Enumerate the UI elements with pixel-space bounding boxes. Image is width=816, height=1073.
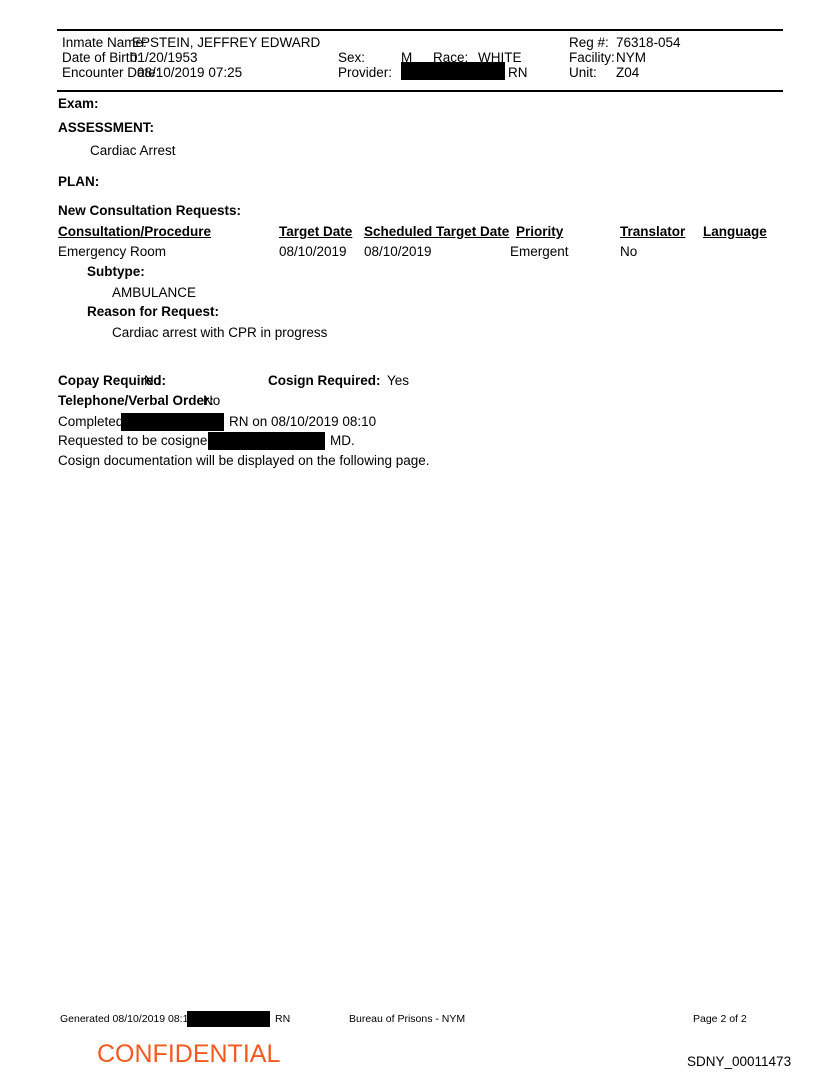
completed-by-suffix: RN on 08/10/2019 08:10 [229,414,376,429]
confidential-stamp: CONFIDENTIAL [97,1040,280,1069]
target-date-cell: 08/10/2019 [279,244,347,259]
requested-cosign-suffix: MD. [330,433,355,448]
col-header-scheduled-date: Scheduled Target Date [364,224,509,239]
page-number: Page 2 of 2 [693,1013,747,1025]
bates-number: SDNY_00011473 [687,1054,791,1069]
subtype-label: Subtype: [87,264,145,279]
copay-value: No [144,373,161,388]
plan-label: PLAN: [58,174,99,189]
cosign-label: Cosign Required: [268,373,381,388]
sex-label: Sex: [338,50,365,65]
procedure-cell: Emergency Room [58,244,166,259]
completed-by-redaction [121,413,224,431]
reason-label: Reason for Request: [87,304,219,319]
assessment-label: ASSESSMENT: [58,120,154,135]
consultation-title: New Consultation Requests: [58,203,241,218]
unit: Z04 [616,65,639,80]
reason-value: Cardiac arrest with CPR in progress [112,325,327,340]
assessment-value: Cardiac Arrest [90,143,176,158]
provider-suffix: RN [508,65,528,80]
facility: NYM [616,50,646,65]
reg-number: 76318-054 [616,35,681,50]
translator-cell: No [620,244,637,259]
subtype-value: AMBULANCE [112,285,196,300]
generated-by-redaction [187,1011,270,1027]
provider-label: Provider: [338,65,392,80]
generated-by-suffix: RN [275,1013,290,1025]
col-header-language: Language [703,224,767,239]
scheduled-date-cell: 08/10/2019 [364,244,432,259]
verbal-order-value: No [203,393,220,408]
dob: 01/20/1953 [130,50,198,65]
col-header-priority: Priority [516,224,563,239]
inmate-name: EPSTEIN, JEFFREY EDWARD [132,35,320,50]
cosign-value: Yes [387,373,409,388]
unit-label: Unit: [569,65,597,80]
col-header-procedure: Consultation/Procedure [58,224,211,239]
dob-label: Date of Birth: [62,50,141,65]
verbal-order-label: Telephone/Verbal Order: [58,393,214,408]
col-header-target-date: Target Date [279,224,352,239]
header-top-rule [57,29,783,31]
header-bottom-rule [57,90,783,92]
priority-cell: Emergent [510,244,569,259]
exam-label: Exam: [58,96,99,111]
col-header-translator: Translator [620,224,685,239]
reg-label: Reg #: [569,35,609,50]
cosign-note: Cosign documentation will be displayed o… [58,453,430,468]
facility-label: Facility: [569,50,615,65]
bureau-label: Bureau of Prisons - NYM [349,1013,465,1025]
requested-cosign-label: Requested to be cosigned by [58,433,233,448]
encounter-date: 08/10/2019 07:25 [137,65,242,80]
provider-redaction [401,62,505,80]
cosigner-redaction [208,432,325,450]
